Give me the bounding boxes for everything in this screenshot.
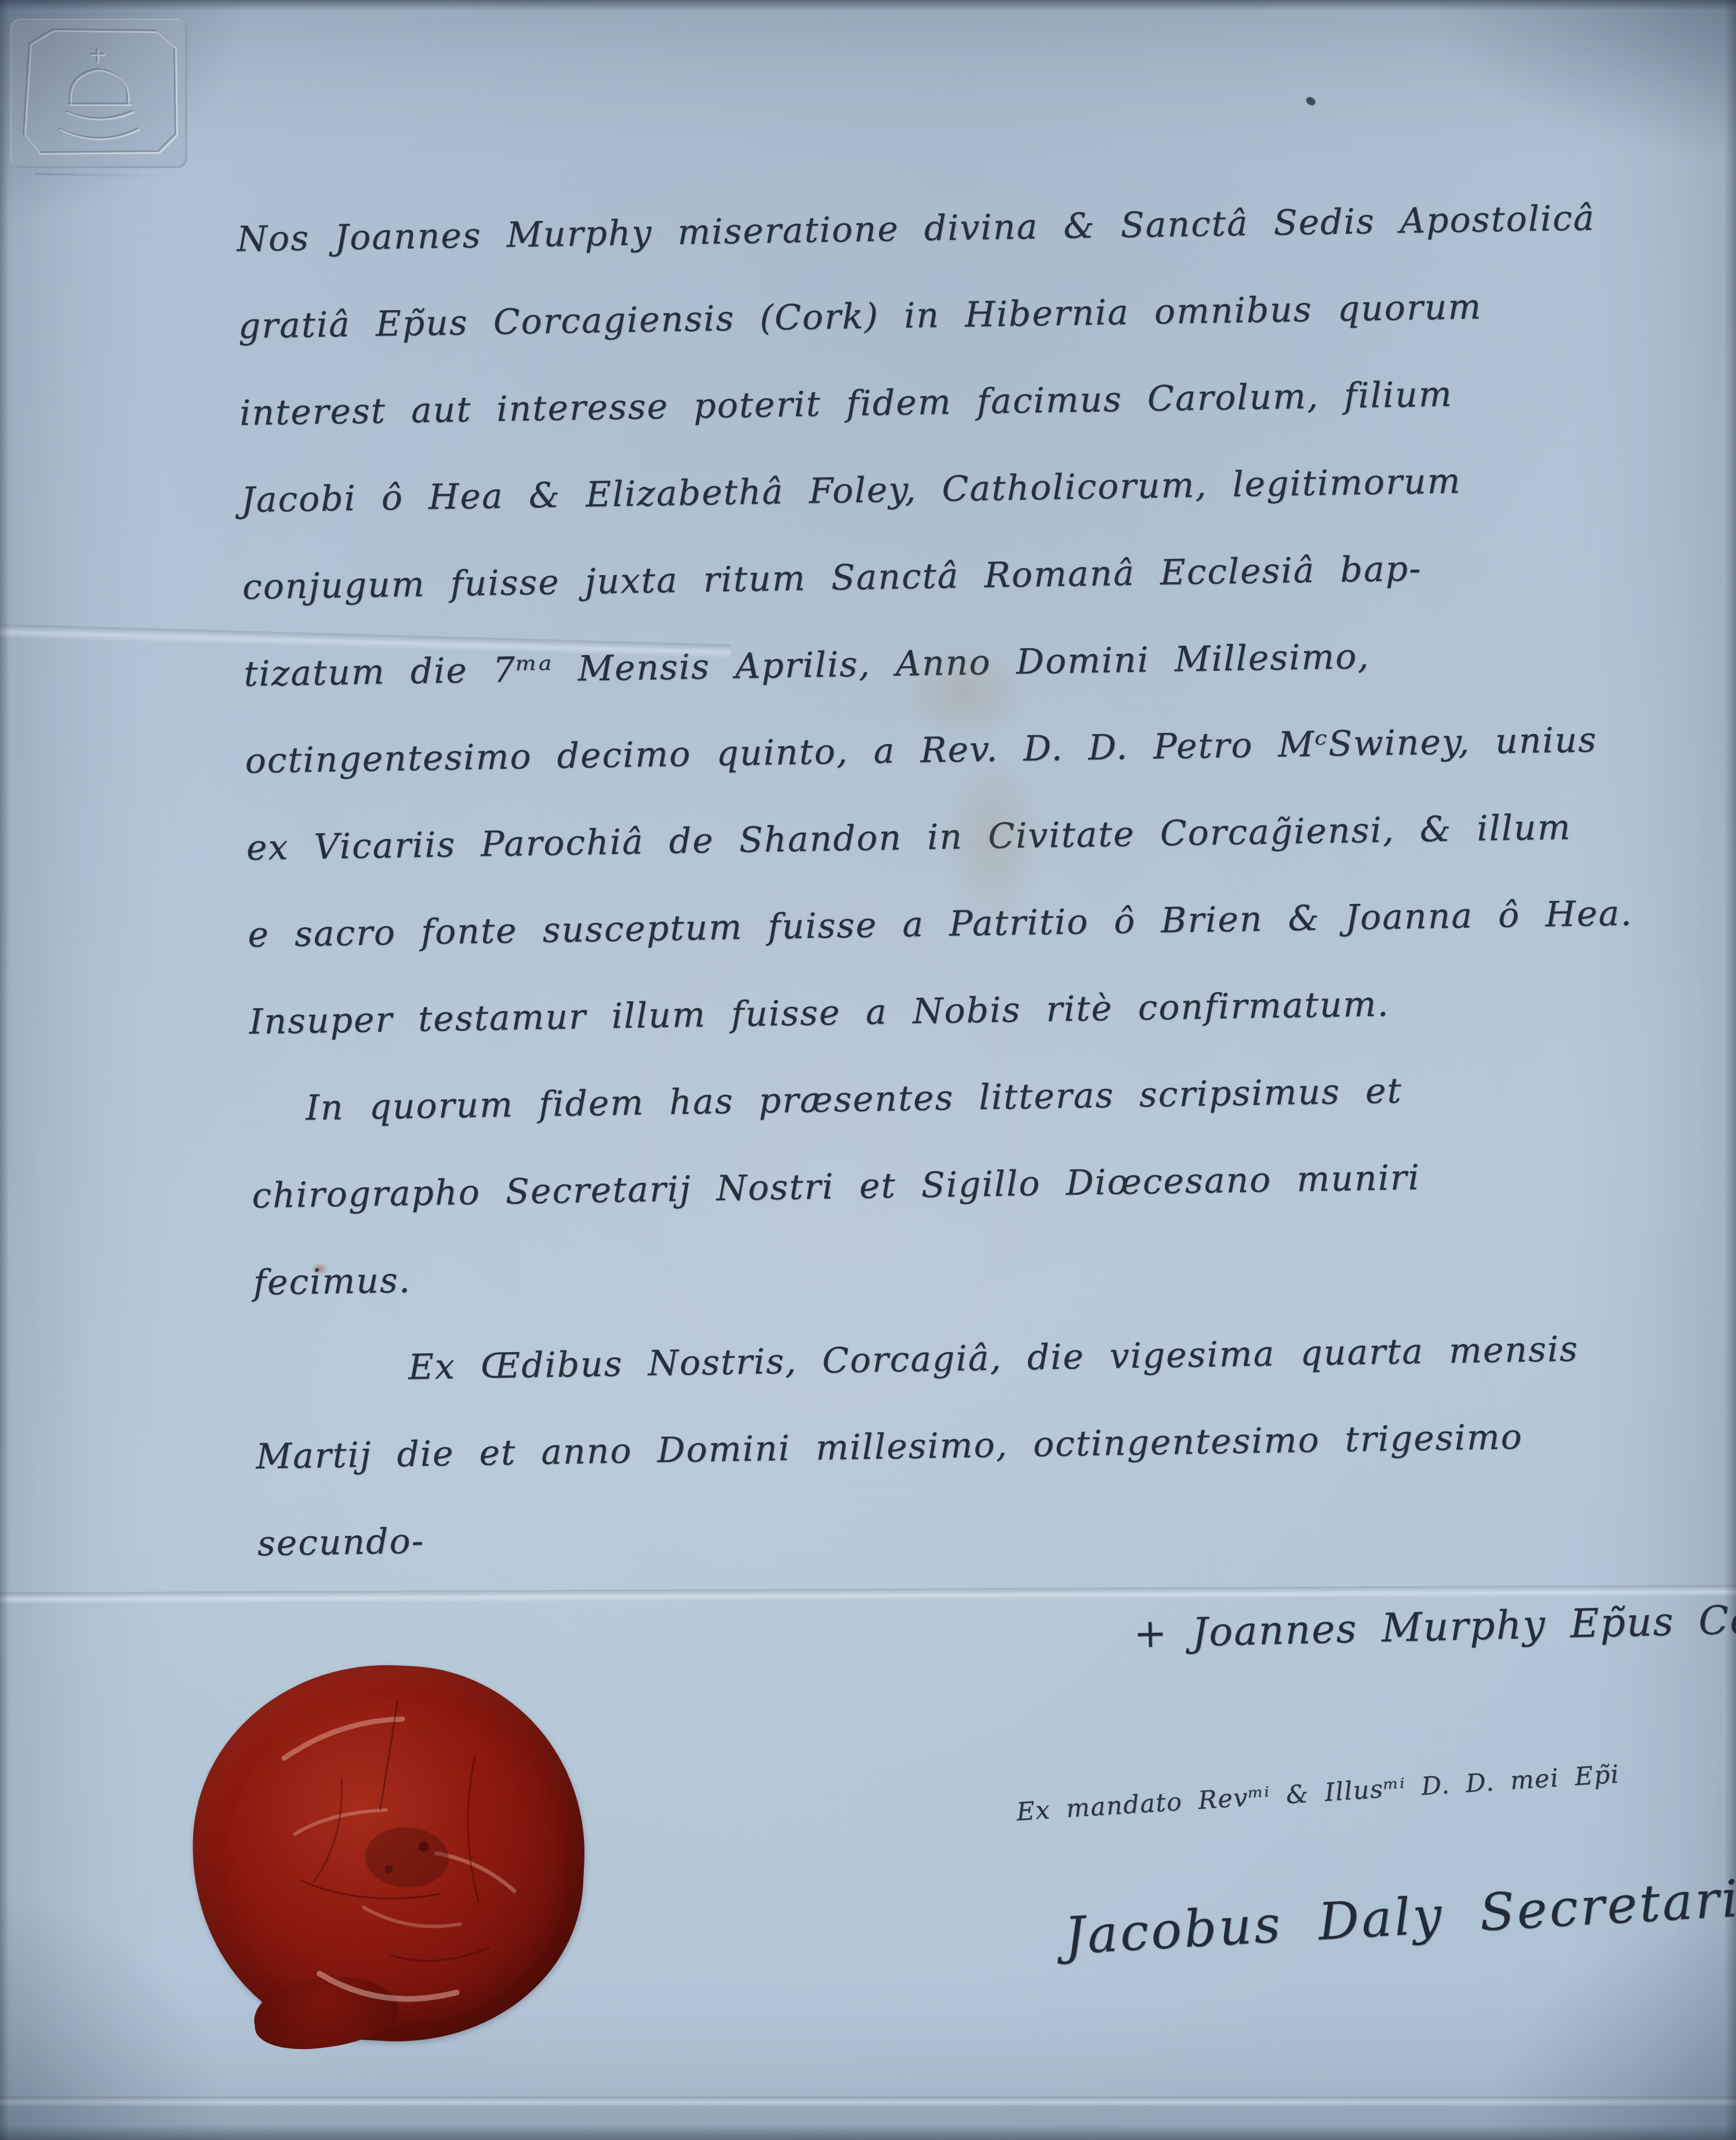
wax-seal-texture	[183, 1655, 594, 2051]
photo-edge	[0, 0, 9, 2140]
attestation-text: Ex mandato Revᵐⁱ & Illusᵐⁱ D. D. mei Ep̃…	[1015, 1760, 1620, 1826]
ink-speck	[1305, 96, 1317, 107]
fold-crease	[0, 2097, 1736, 2106]
photo-corner-shadow	[1434, 0, 1736, 157]
photo-edge	[0, 0, 1736, 10]
body-line-text: fecimus.	[253, 1260, 411, 1303]
bottom-fold-shade	[0, 2106, 1736, 2140]
body-line-text: Nos Joannes Murphy miseratione divina & …	[237, 198, 1596, 260]
wax-seal	[183, 1655, 594, 2051]
crown-icon	[10, 19, 187, 168]
body-line-text: secundo-	[257, 1521, 424, 1564]
secretary-signature: Jacobus Daly Secretarius	[1063, 1865, 1736, 1965]
secretary-attestation: Ex mandato Revᵐⁱ & Illusᵐⁱ D. D. mei Ep̃…	[1015, 1760, 1620, 1826]
bishop-signature-text: + Joannes Murphy Ep̃us Corcag̃	[1133, 1595, 1736, 1657]
letter-body: Nos Joannes Murphy miseratione divina & …	[237, 196, 1725, 1610]
embossed-crown-stamp	[10, 19, 187, 168]
photo-edge	[1724, 0, 1736, 2140]
document-page: Nos Joannes Murphy miseratione divina & …	[0, 0, 1736, 2140]
bishop-signature: + Joannes Murphy Ep̃us Corcag̃	[1133, 1595, 1736, 1657]
secretary-signature-text: Jacobus Daly Secretarius	[1063, 1865, 1736, 1965]
stamp-shadow-line	[35, 173, 168, 177]
